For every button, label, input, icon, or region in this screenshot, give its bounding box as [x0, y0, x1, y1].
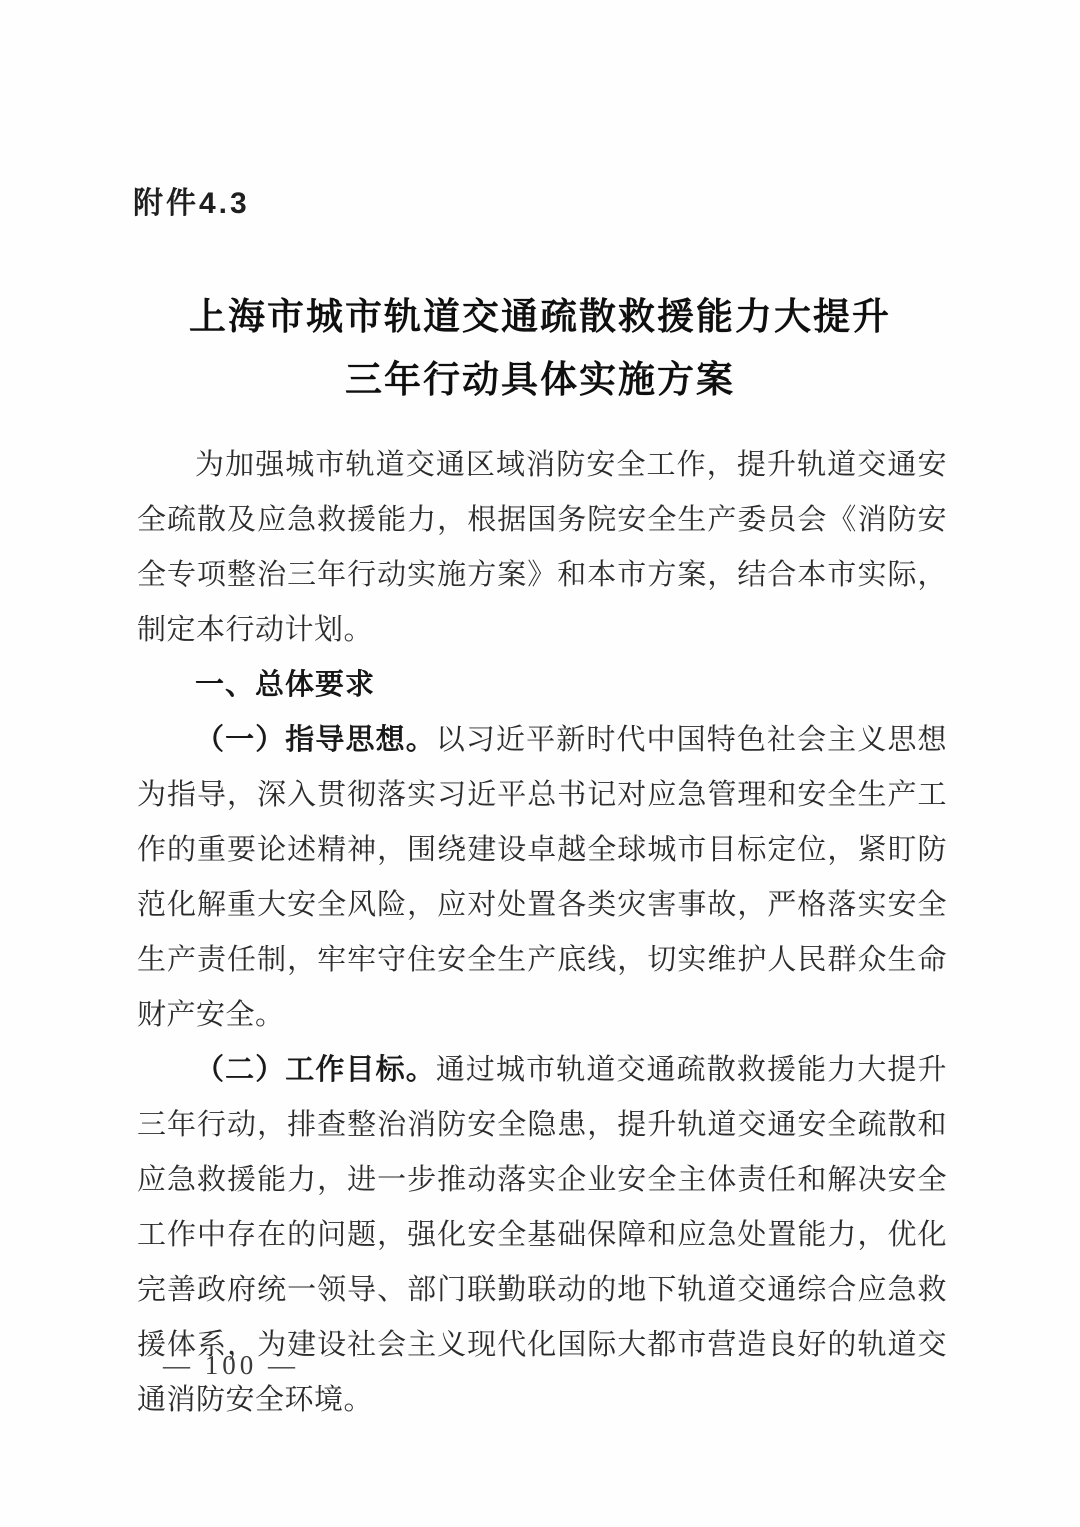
- paragraph-guiding-ideology: （一）指导思想。以习近平新时代中国特色社会主义思想为指导，深入贯彻落实习近平总书…: [137, 713, 947, 1043]
- page-number: — 100 —: [163, 1350, 299, 1381]
- document-page: 附件4.3 上海市城市轨道交通疏散救援能力大提升 三年行动具体实施方案 为加强城…: [0, 0, 1080, 1527]
- document-title-line2: 三年行动具体实施方案: [0, 349, 1080, 412]
- paragraph-guiding-ideology-lead: （一）指导思想。: [195, 724, 436, 756]
- document-title-line1: 上海市城市轨道交通疏散救援能力大提升: [0, 286, 1080, 349]
- paragraph-guiding-ideology-text: 以习近平新时代中国特色社会主义思想为指导，深入贯彻落实习近平总书记对应急管理和安…: [137, 724, 947, 1031]
- attachment-label: 附件4.3: [133, 178, 250, 222]
- document-body: 为加强城市轨道交通区域消防安全工作，提升轨道交通安全疏散及应急救援能力，根据国务…: [137, 438, 947, 1428]
- section-heading-overall-requirements: 一、总体要求: [137, 658, 947, 713]
- document-title: 上海市城市轨道交通疏散救援能力大提升 三年行动具体实施方案: [0, 286, 1080, 412]
- paragraph-work-goals-lead: （二）工作目标。: [195, 1054, 436, 1086]
- intro-paragraph: 为加强城市轨道交通区域消防安全工作，提升轨道交通安全疏散及应急救援能力，根据国务…: [137, 438, 947, 658]
